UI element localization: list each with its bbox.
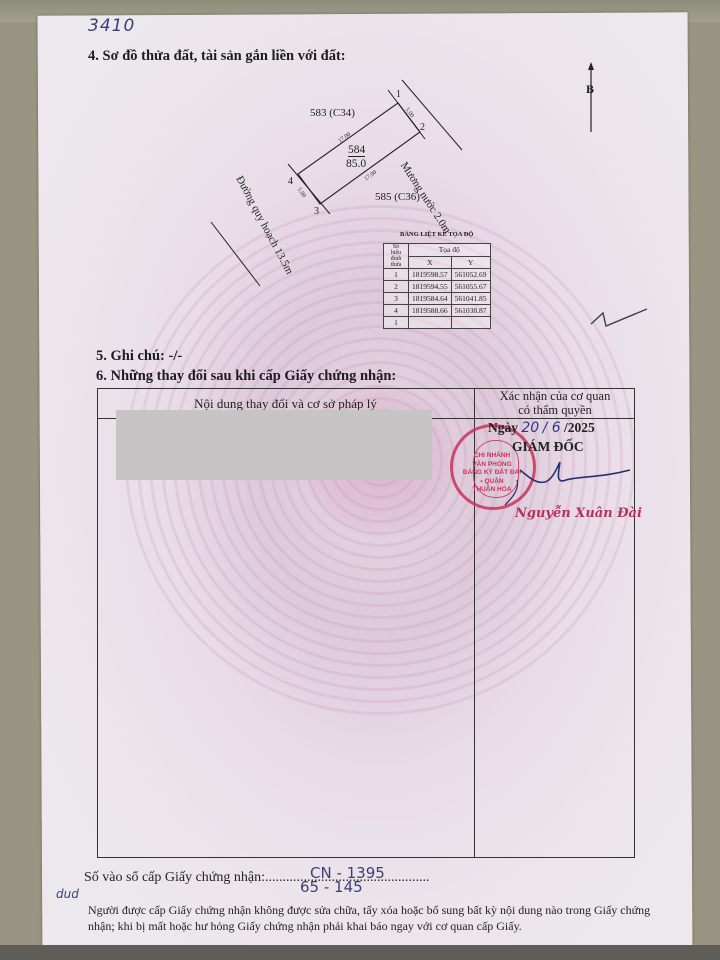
signature-icon [0, 0, 720, 960]
signer-name: Nguyễn Xuân Đài [515, 506, 642, 521]
registration-number-2: 65 - 145 [300, 878, 363, 896]
registration-label-text: Số vào sổ cấp Giấy chứng nhận: [84, 870, 265, 885]
notice-text: Người được cấp Giấy chứng nhận không đượ… [88, 902, 678, 934]
handwritten-initials: dud [56, 887, 79, 901]
